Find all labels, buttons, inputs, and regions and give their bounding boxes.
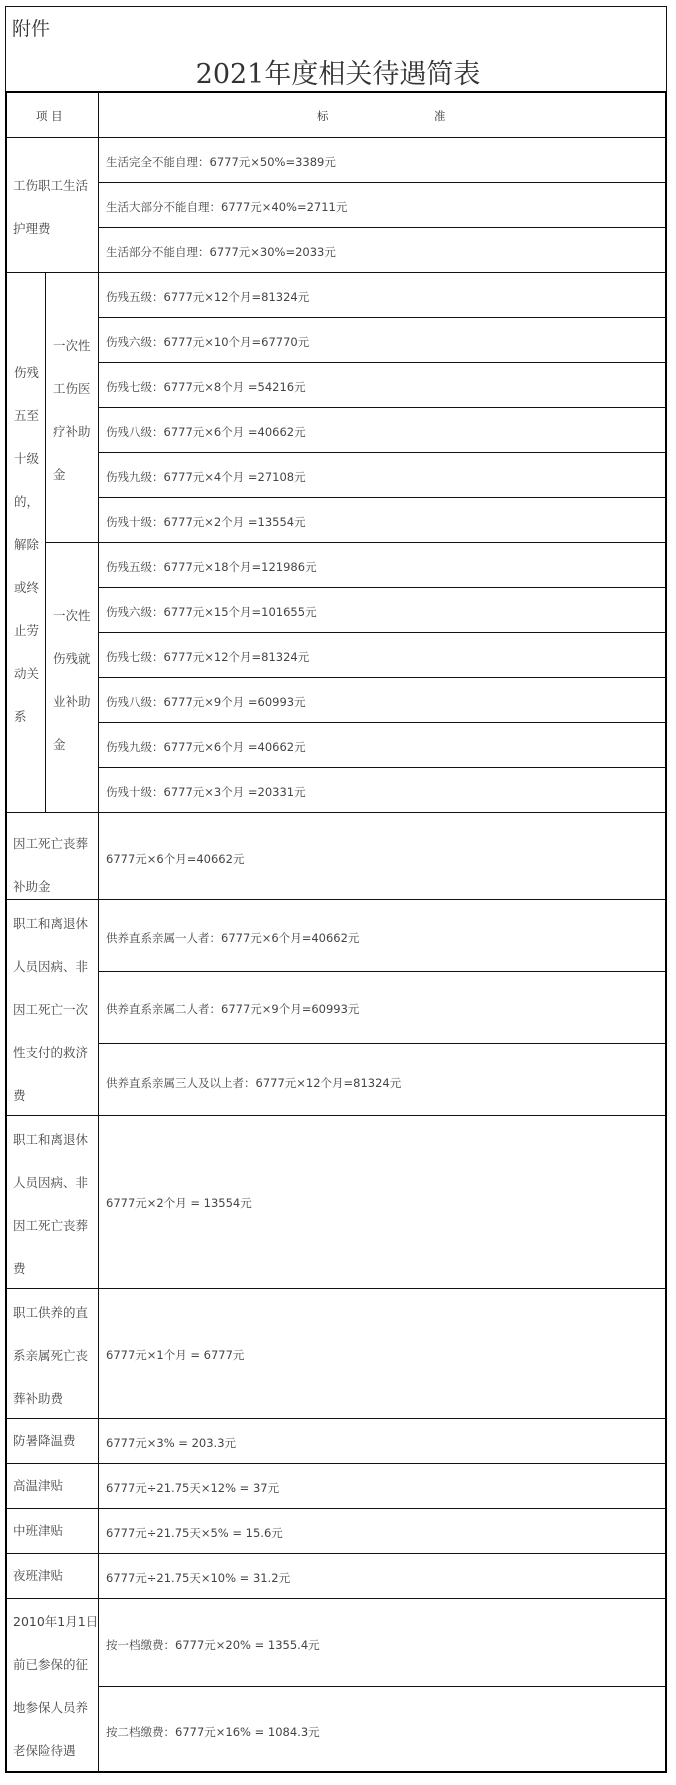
attachment-label: 附件 — [12, 14, 50, 41]
label-line: 职工和离退休 — [13, 1118, 88, 1161]
label-line: 系亲属死亡丧 — [13, 1334, 88, 1377]
label-line: 金 — [53, 453, 91, 496]
row-line — [6, 899, 666, 900]
label-line: 职工和离退休 — [13, 902, 88, 945]
row-line — [98, 452, 666, 453]
disability-label: 伤残 五至 十级 的， 解除 或终 止劳 动关 系 — [14, 351, 39, 738]
label-line: 伤残就 — [53, 637, 91, 680]
label-line: 费 — [13, 1247, 88, 1290]
row-line — [6, 1553, 666, 1554]
label-line: 一次性 — [53, 324, 91, 367]
night-shift-value: 6777元÷21.75天×10% = 31.2元 — [106, 1570, 290, 1586]
row-line — [6, 1463, 666, 1464]
dependent-funeral-value: 6777元×1个月 = 6777元 — [106, 1347, 244, 1363]
medical-row: 伤残七级：6777元×8个月 =54216元 — [106, 379, 306, 395]
row-line — [98, 227, 666, 228]
label-line: 伤残 — [14, 351, 39, 394]
row-line — [98, 767, 666, 768]
label-line: 因工死亡丧葬 — [13, 1204, 88, 1247]
medical-row: 伤残八级：6777元×6个月 =40662元 — [106, 424, 306, 440]
funeral-work-death-label: 因工死亡丧葬 补助金 — [13, 822, 88, 908]
label-line: 或终 — [14, 566, 39, 609]
nursing-row: 生活大部分不能自理：6777元×40%=2711元 — [106, 199, 347, 215]
pension-label: 2010年1月1日 前已参保的征 地参保人员养 老保险待遇 — [13, 1600, 98, 1772]
row-line — [98, 677, 666, 678]
row-line — [98, 182, 666, 183]
row-line — [98, 1043, 666, 1044]
label-line: 因工死亡丧葬 — [13, 822, 88, 865]
label-line: 解除 — [14, 523, 39, 566]
heat-prevention-label: 防暑降温费 — [13, 1419, 76, 1462]
label-line: 疗补助 — [53, 410, 91, 453]
row-line — [98, 1686, 666, 1687]
row-line — [98, 971, 666, 972]
high-temp-value: 6777元÷21.75天×12% = 37元 — [106, 1480, 279, 1496]
label-line: 前已参保的征 — [13, 1643, 98, 1686]
night-shift-label: 夜班津贴 — [13, 1554, 63, 1597]
nursing-row: 生活完全不能自理：6777元×50%=3389元 — [106, 154, 336, 170]
relief-row: 供养直系亲属一人者：6777元×6个月=40662元 — [106, 930, 359, 946]
employment-row: 伤残五级：6777元×18个月=121986元 — [106, 559, 317, 575]
relief-row: 供养直系亲属二人者：6777元×9个月=60993元 — [106, 1001, 359, 1017]
row-line — [98, 317, 666, 318]
label-line: 地参保人员养 — [13, 1686, 98, 1729]
funeral-work-death-value: 6777元×6个月=40662元 — [106, 851, 244, 867]
pension-row: 按一档缴费：6777元×20% = 1355.4元 — [106, 1637, 320, 1653]
label-line: 十级 — [14, 437, 39, 480]
employment-subsidy-label: 一次性 伤残就 业补助 金 — [53, 594, 91, 766]
label-line: 职工供养的直 — [13, 1291, 88, 1334]
row-line — [6, 1508, 666, 1509]
medical-row: 伤残九级：6777元×4个月 =27108元 — [106, 469, 306, 485]
row-line — [6, 137, 666, 138]
label-line: 止劳 — [14, 609, 39, 652]
row-line — [6, 1418, 666, 1419]
row-line — [6, 812, 666, 813]
label-line: 性支付的救济 — [13, 1031, 88, 1074]
row-line — [6, 1288, 666, 1289]
label-line: 2010年1月1日 — [13, 1600, 98, 1643]
pension-row: 按二档缴费：6777元×16% = 1084.3元 — [106, 1724, 320, 1740]
dependent-funeral-label: 职工供养的直 系亲属死亡丧 葬补助费 — [13, 1291, 88, 1420]
label-line: 人员因病、非 — [13, 1161, 88, 1204]
label-line: 工伤医 — [53, 367, 91, 410]
row-line — [45, 542, 666, 543]
nursing-row: 生活部分不能自理：6777元×30%=2033元 — [106, 244, 336, 260]
row-line — [98, 587, 666, 588]
label-line: 护理费 — [13, 207, 88, 250]
label-line: 因工死亡一次 — [13, 988, 88, 1031]
label-line: 动关 — [14, 652, 39, 695]
row-line — [98, 632, 666, 633]
row-line — [98, 407, 666, 408]
medical-row: 伤残五级：6777元×12个月=81324元 — [106, 289, 309, 305]
row-line — [6, 1115, 666, 1116]
row-line — [6, 1598, 666, 1599]
middle-shift-label: 中班津贴 — [13, 1509, 63, 1552]
label-line: 葬补助费 — [13, 1377, 88, 1420]
label-line: 业补助 — [53, 680, 91, 723]
nursing-label: 工伤职工生活 护理费 — [13, 164, 88, 250]
relief-label: 职工和离退休 人员因病、非 因工死亡一次 性支付的救济 费 — [13, 902, 88, 1117]
funeral-non-work-value: 6777元×2个月 = 13554元 — [106, 1195, 252, 1211]
label-line: 系 — [14, 695, 39, 738]
funeral-non-work-label: 职工和离退休 人员因病、非 因工死亡丧葬 费 — [13, 1118, 88, 1290]
relief-row: 供养直系亲属三人及以上者：6777元×12个月=81324元 — [106, 1075, 401, 1091]
employment-row: 伤残六级：6777元×15个月=101655元 — [106, 604, 317, 620]
row-line — [6, 272, 666, 273]
row-line — [98, 722, 666, 723]
page-title: 2021年度相关待遇简表 — [0, 52, 676, 91]
medical-subsidy-label: 一次性 工伤医 疗补助 金 — [53, 324, 91, 496]
employment-row: 伤残七级：6777元×12个月=81324元 — [106, 649, 309, 665]
header-item: 项 目 — [36, 108, 63, 124]
medical-row: 伤残六级：6777元×10个月=67770元 — [106, 334, 309, 350]
label-line: 老保险待遇 — [13, 1729, 98, 1772]
employment-row: 伤残八级：6777元×9个月 =60993元 — [106, 694, 306, 710]
label-line: 人员因病、非 — [13, 945, 88, 988]
employment-row: 伤残十级：6777元×3个月 =20331元 — [106, 784, 306, 800]
label-line: 一次性 — [53, 594, 91, 637]
employment-row: 伤残九级：6777元×6个月 =40662元 — [106, 739, 306, 755]
label-line: 的， — [14, 480, 39, 523]
heat-prevention-value: 6777元×3% = 203.3元 — [106, 1435, 236, 1451]
column-divider — [98, 92, 99, 1772]
label-line: 金 — [53, 723, 91, 766]
row-line — [98, 497, 666, 498]
medical-row: 伤残十级：6777元×2个月 =13554元 — [106, 514, 306, 530]
label-line: 五至 — [14, 394, 39, 437]
header-standard-2: 准 — [434, 108, 446, 124]
label-line: 费 — [13, 1074, 88, 1117]
header-standard-1: 标 — [317, 108, 329, 124]
row-line — [98, 362, 666, 363]
high-temp-label: 高温津贴 — [13, 1464, 63, 1507]
label-line: 工伤职工生活 — [13, 164, 88, 207]
middle-shift-value: 6777元÷21.75天×5% = 15.6元 — [106, 1525, 283, 1541]
